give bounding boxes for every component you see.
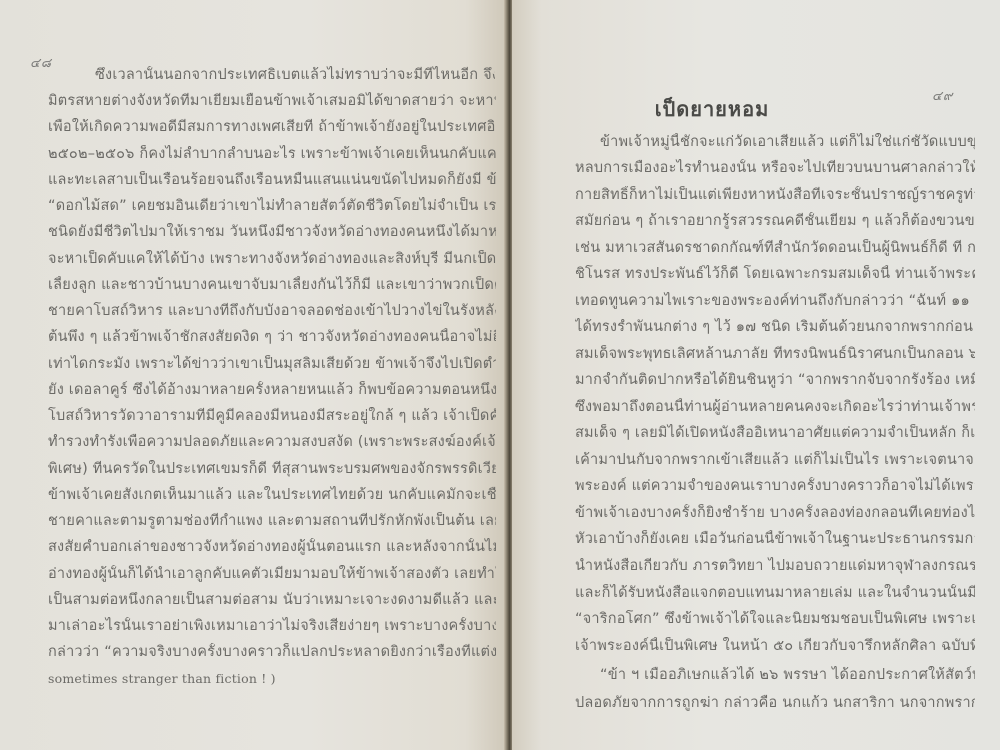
text-line: สมเด็จพระพุทธเลิศหล้านภาลัย ที่ทรงนิพนธ์… xyxy=(575,345,975,363)
left-page: ๔๘ ซึ่งเวลานั้นนอกจากประเทศธิเบตแล้วไม่ท… xyxy=(0,0,506,750)
text-line: เช่น มหาเวสสันดรชาดกกัณฑ์ที่สำนักวัดดอนเ… xyxy=(575,239,975,257)
text-line: เป็นสามต่อหนึ่งกลายเป็นสามต่อสาม นับว่าเ… xyxy=(48,591,496,609)
text-line: ปลอดภัยจากการถูกฆ่า กล่าวคือ นกแก้ว นกสา… xyxy=(575,694,975,712)
text-line: นำหนังสือเกี่ยวกับ ภารตวิทยา ไปมอบถวายแด… xyxy=(575,557,975,575)
text-line: ข้าพเจ้าเคยสังเกตเห็นมาแล้ว และในประเทศไ… xyxy=(48,486,496,504)
text-line: สมัยก่อน ๆ ถ้าเราอยากรู้รสวรรณคดีชั้นเยี… xyxy=(575,212,975,230)
right-page-number: ๔๙ xyxy=(932,85,953,106)
text-line: “จาริกอโศก” ซึ่งข้าพเจ้าได้ใจและนิยมชมชอ… xyxy=(575,610,975,628)
text-line: “ข้า ฯ เมื่ออภิเษกแล้วได้ ๒๖ พรรษา ได้ออ… xyxy=(600,666,975,684)
text-line: พระองค์ แต่ความจำของคนเราบางครั้งบางคราว… xyxy=(575,477,975,495)
text-line: ต้นพึง ๆ แล้วข้าพเจ้าชักสงสัยดงิด ๆ ว่า … xyxy=(48,328,496,346)
text-line: กายสิทธิ์ก็หาไม่เป็นแต่เพียงหาหนังสือที่… xyxy=(575,186,975,204)
text-line: มากจำกันติดปากหรือได้ยินชินหูว่า “จากพรา… xyxy=(575,371,975,389)
text-line: ชิโนรส ทรงประพันธ์ไว้ก็ดี โดยเฉพาะกรมสมเ… xyxy=(575,265,975,283)
text-line: ทำรวงทำรังเพื่อความปลอดภัยและความสงบสงัด… xyxy=(48,433,496,451)
text-line: หลบการเมืองอะไรทำนองนั้น หรือจะไปเที่ยวบ… xyxy=(575,159,975,177)
text-line: ชายคาโบสถ์วิหาร และบางทีถึงกับบังอาจลอดช… xyxy=(48,302,496,320)
text-line: และก็ได้รับหนังสือแจกตอบแทนมาหลายเล่ม แล… xyxy=(575,584,975,602)
text-line: ซึ่งเวลานั้นนอกจากประเทศธิเบตแล้วไม่ทราบ… xyxy=(95,66,495,84)
text-line: ได้ทรงรำพันนกต่าง ๆ ไว้ ๑๗ ชนิด เริ่มต้น… xyxy=(575,318,975,336)
text-line: มาเล่าอะไรนั้นเราอย่าเพิ่งเหมาเอาว่าไม่จ… xyxy=(48,617,496,635)
text-line: ซึ่งพอมาถึงตอนนี้ท่านผู้อ่านหลายคนคงจะเก… xyxy=(575,398,975,416)
left-page-number: ๔๘ xyxy=(30,52,52,73)
text-line: และทะเลสาบเป็นเรือนร้อยจนถึงเรือนหมื่นแส… xyxy=(48,171,496,189)
text-line: ชายคาและตามรูตามช่องที่กำแพง และตามสถานท… xyxy=(48,512,496,530)
text-line: สงสัยคำบอกเล่าของชาวจังหวัดอ่างทองผู้นั้… xyxy=(48,538,496,556)
chapter-title: เป็ดยายหอม xyxy=(612,93,812,125)
text-line: พิเศษ) ที่นครวัดในประเทศเขมรก็ดี ที่สุสา… xyxy=(48,460,496,478)
text-line: ยัง เดอลาคูร์ ซึ่งได้อ้างมาหลายครั้งหลาย… xyxy=(48,381,496,399)
text-line: “ดอกไม้สด” เคยชมอินเดียว่าเขาไม่ทำลายสัต… xyxy=(48,197,496,215)
text-line: สมเด็จ ๆ เลยมิได้เปิดหนังสืออิเหนาอาศัยแ… xyxy=(575,424,975,442)
text-line: มิตรสหายต่างจังหวัดที่มาเยี่ยมเยือนข้าพเ… xyxy=(48,92,496,110)
text-line: อ่างทองผู้นั้นก็ได้นำเอาลูกคับแคตัวเมียม… xyxy=(48,565,496,583)
text-line: เจ้าพระองค์นี้เป็นพิเศษ ในหน้า ๕๐ เกี่ยว… xyxy=(575,637,975,655)
text-line: เท่าไดกระมัง เพราะได้ข่าวว่าเขาเป็นมุสลิ… xyxy=(48,355,496,373)
text-line-english: sometimes stranger than fiction ! ) xyxy=(48,670,496,688)
text-line: กล่าวว่า “ความจริงบางครั้งบางคราวก็แปลกป… xyxy=(48,643,496,661)
text-line: เทอดทูนความไพเราะของพระองค์ท่านถึงกับกล่… xyxy=(575,292,975,310)
text-line: โบสถ์วิหารวัดวาอารามที่มีคูมีคลองมีหนองม… xyxy=(48,407,496,425)
text-line: เค้ามาปนกับจากพรากเข้าเสียแล้ว แต่ก็ไม่เ… xyxy=(575,451,975,469)
text-line: เพื่อให้เกิดความพอดีมีสมการทางเพศเสียที … xyxy=(48,118,496,136)
text-line: หัวเอาบ้างก็ยังเคย เมื่อวันก่อนนี้ข้าพเจ… xyxy=(575,530,975,548)
text-line: ข้าพเจ้าเองบางครั้งก็ยิ่งชำร้าย บางครั้ง… xyxy=(575,504,975,522)
text-line: ข้าพเจ้าหมู่นี้ชักจะแก่วัดเอาเสียแล้ว แต… xyxy=(600,133,975,151)
text-line: ๒๕๐๒–๒๕๐๖ ก็คงไม่ลำบากลำบนอะไร เพราะข้าพ… xyxy=(48,145,496,163)
text-line: ชนิดยังมีชีวิตไปมาให้เราชม วันหนึ่งมีชาว… xyxy=(48,223,496,241)
text-line: เลี้ยงลูก และชาวบ้านบางคนเขาจับมาเลี้ยงก… xyxy=(48,276,496,294)
text-line: จะหาเป็ดคับแคให้ได้บ้าง เพราะทางจังหวัดอ… xyxy=(48,250,496,268)
